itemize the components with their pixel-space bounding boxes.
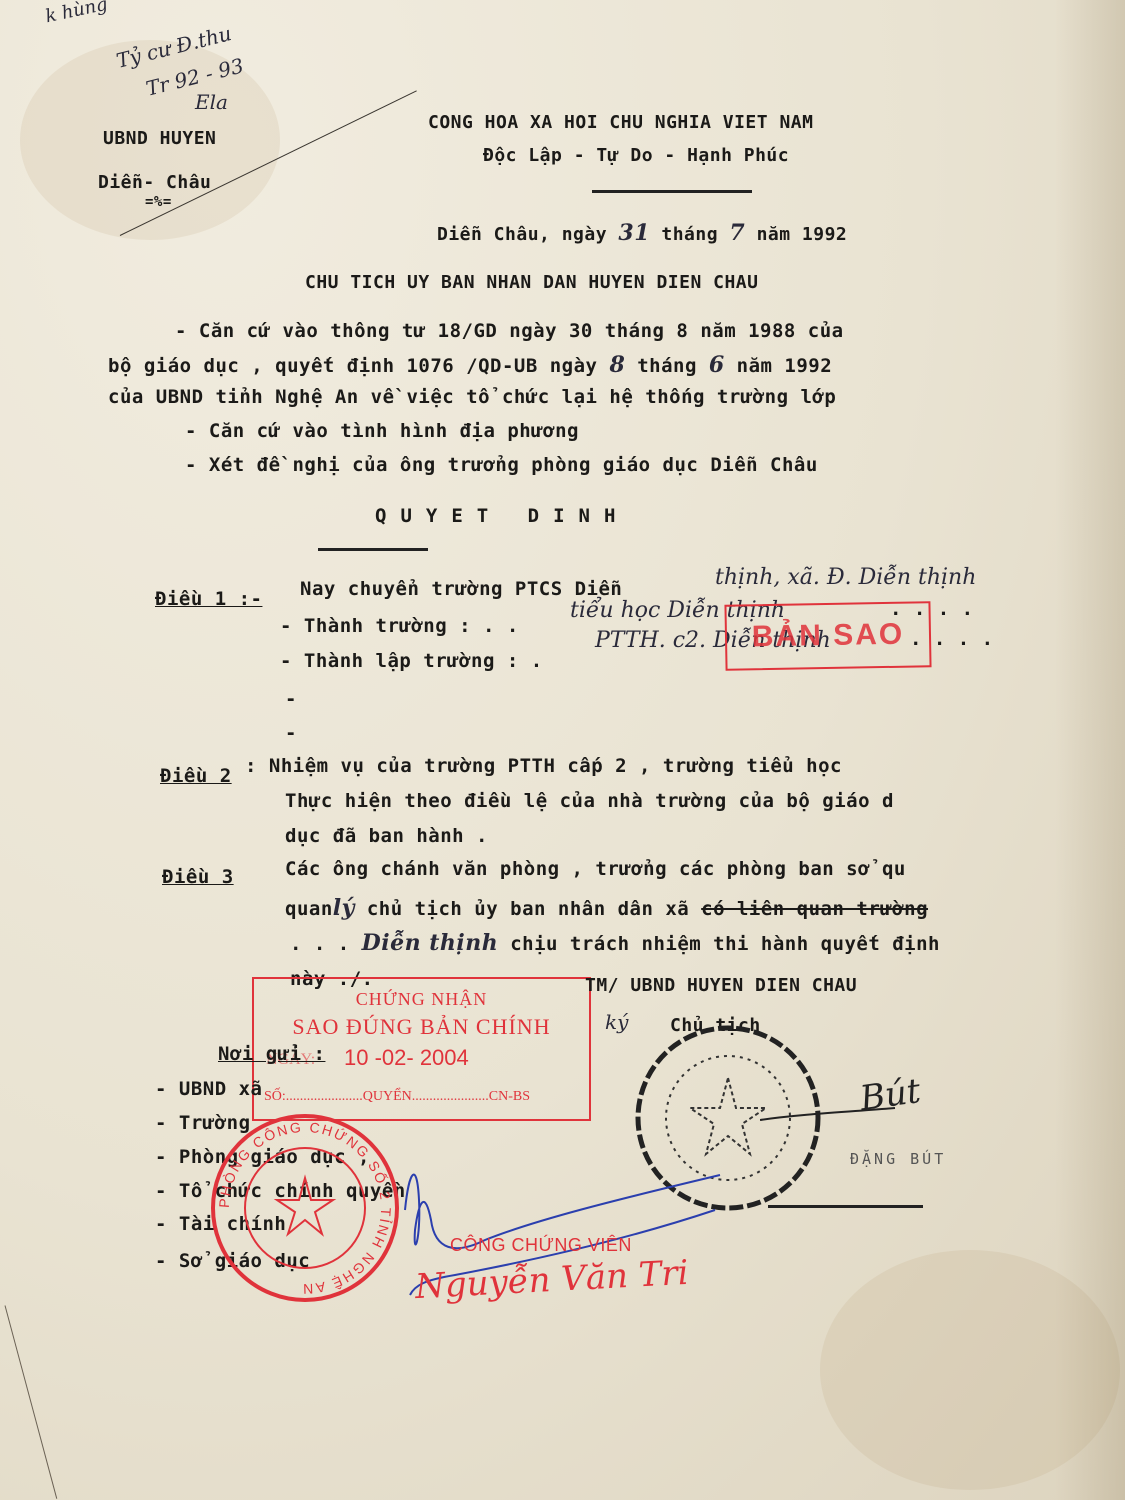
certify-date: 10 -02- 2004 <box>344 1045 469 1071</box>
national-header: CONG HOA XA HOI CHU NGHIA VIET NAM <box>428 112 813 133</box>
signed-mark: ký <box>605 1010 628 1034</box>
article3-line: Các ông chánh văn phòng , trưởng các phò… <box>285 858 906 880</box>
article3-handwriting: lý <box>333 895 355 921</box>
recipient-item: - Trường <box>155 1112 251 1134</box>
article2-line: : Nhiệm vụ của trường PTTH cấp 2 , trườn… <box>245 755 842 777</box>
article3-text: chịu trách nhiệm thi hành quyết định <box>510 933 940 955</box>
decision-underline <box>318 548 428 551</box>
preamble-line: - Căn cứ vào thông tư 18/GD ngày 30 thán… <box>175 320 844 342</box>
signature-title: TM/ UBND HUYEN DIEN CHAU <box>585 975 857 996</box>
article3-handwriting: Diễn thịnh <box>362 930 499 956</box>
notary-seal: PHÒNG CÔNG CHỨNG SỐ 2 TỈNH NGHỆ AN <box>205 1108 405 1308</box>
copy-stamp: BẢN SAO <box>724 601 931 671</box>
article2-line: Thực hiện theo điều lệ của nhà trường củ… <box>285 790 894 812</box>
issuer-line: UBND HUYEN <box>103 128 216 149</box>
article1-handwriting: thịnh, xã. Đ. Diễn thịnh <box>715 565 976 590</box>
date-month: 7 <box>729 220 745 246</box>
article1-line: - Thành lập trường : . <box>280 650 543 672</box>
certify-stamp-title: SAO ĐÚNG BẢN CHÍNH <box>254 1014 589 1040</box>
date-year-label: năm <box>757 224 791 245</box>
article3-text: quan <box>285 898 333 920</box>
preamble-text: bộ giáo dục , quyết định 1076 /QD-UB ngà… <box>108 355 598 377</box>
handwritten-note: Ela <box>195 90 228 114</box>
authority-title: CHU TICH UY BAN NHAN DAN HUYEN DIEN CHAU <box>305 272 758 293</box>
preamble-line: của UBND tỉnh Nghệ An về việc tổ chức lạ… <box>108 386 836 408</box>
preamble-line: - Xét đề nghị của ông trưởng phòng giáo … <box>185 454 818 476</box>
article1-line: Nay chuyển trường PTCS Diễn <box>300 578 622 600</box>
preamble-line: bộ giáo dục , quyết định 1076 /QD-UB ngà… <box>108 352 832 378</box>
blank-item: - <box>285 722 297 744</box>
svg-text:PHÒNG CÔNG CHỨNG SỐ 2 TỈNH NGH: PHÒNG CÔNG CHỨNG SỐ 2 TỈNH NGHỆ AN <box>216 1119 394 1297</box>
notary-title: CÔNG CHỨNG VIÊN <box>450 1235 632 1256</box>
date-year: 1992 <box>802 224 847 245</box>
article3-text: chủ tịch ủy ban nhân dân xã <box>367 898 689 920</box>
date-prefix: Diễn Châu, ngày <box>437 224 607 245</box>
qd-year: 1992 <box>784 355 832 377</box>
recipient-item: - UBND xã <box>155 1078 262 1100</box>
date-month-label: tháng <box>661 224 718 245</box>
qd-year-label: năm <box>737 355 773 377</box>
issuer-line: Diễn- Châu <box>98 172 211 193</box>
recipients-title: Nơi gửi : <box>218 1043 325 1065</box>
certify-register-line: SỐ:......................QUYỂN..........… <box>264 1089 579 1105</box>
date-day: 31 <box>618 220 650 246</box>
signature-underline <box>768 1205 923 1208</box>
page-edge-shadow <box>1055 0 1125 1500</box>
certify-stamp-title: CHỨNG NHẬN <box>254 989 589 1010</box>
struck-text: có liên quan trường <box>701 898 928 920</box>
issuer-line: =%= <box>145 194 172 210</box>
preamble-line: - Căn cứ vào tình hình địa phương <box>185 420 579 442</box>
date-line: Diễn Châu, ngày 31 tháng 7 năm 1992 <box>437 220 847 246</box>
article3-label: Điều 3 <box>162 866 234 888</box>
article3-line: . . . Diễn thịnh chịu trách nhiệm thi hà… <box>290 930 940 956</box>
qd-day: 8 <box>609 352 625 378</box>
quyen-label: QUYỂN <box>363 1089 412 1104</box>
so-label: SỐ: <box>264 1089 286 1104</box>
article3-line: quanlý chủ tịch ủy ban nhân dân xã có li… <box>285 895 928 921</box>
copy-stamp-text: BẢN SAO <box>752 618 905 655</box>
decision-title: QUYET DINH <box>375 505 629 527</box>
header-underline <box>592 190 752 193</box>
blank-item: - <box>285 688 297 710</box>
national-motto: Độc Lập - Tự Do - Hạnh Phúc <box>483 145 789 166</box>
signer-name: ĐẶNG BÚT <box>850 1150 946 1168</box>
qd-month-label: tháng <box>637 355 697 377</box>
signature-stroke <box>760 1100 900 1140</box>
certify-code: CN-BS <box>489 1089 530 1104</box>
article1-line: - Thành trường : . . <box>280 615 519 637</box>
article2-label: Điều 2 <box>160 765 232 787</box>
article2-line: dục đã ban hành . <box>285 825 488 847</box>
article1-label: Điều 1 :- <box>155 588 262 610</box>
qd-month: 6 <box>709 352 725 378</box>
